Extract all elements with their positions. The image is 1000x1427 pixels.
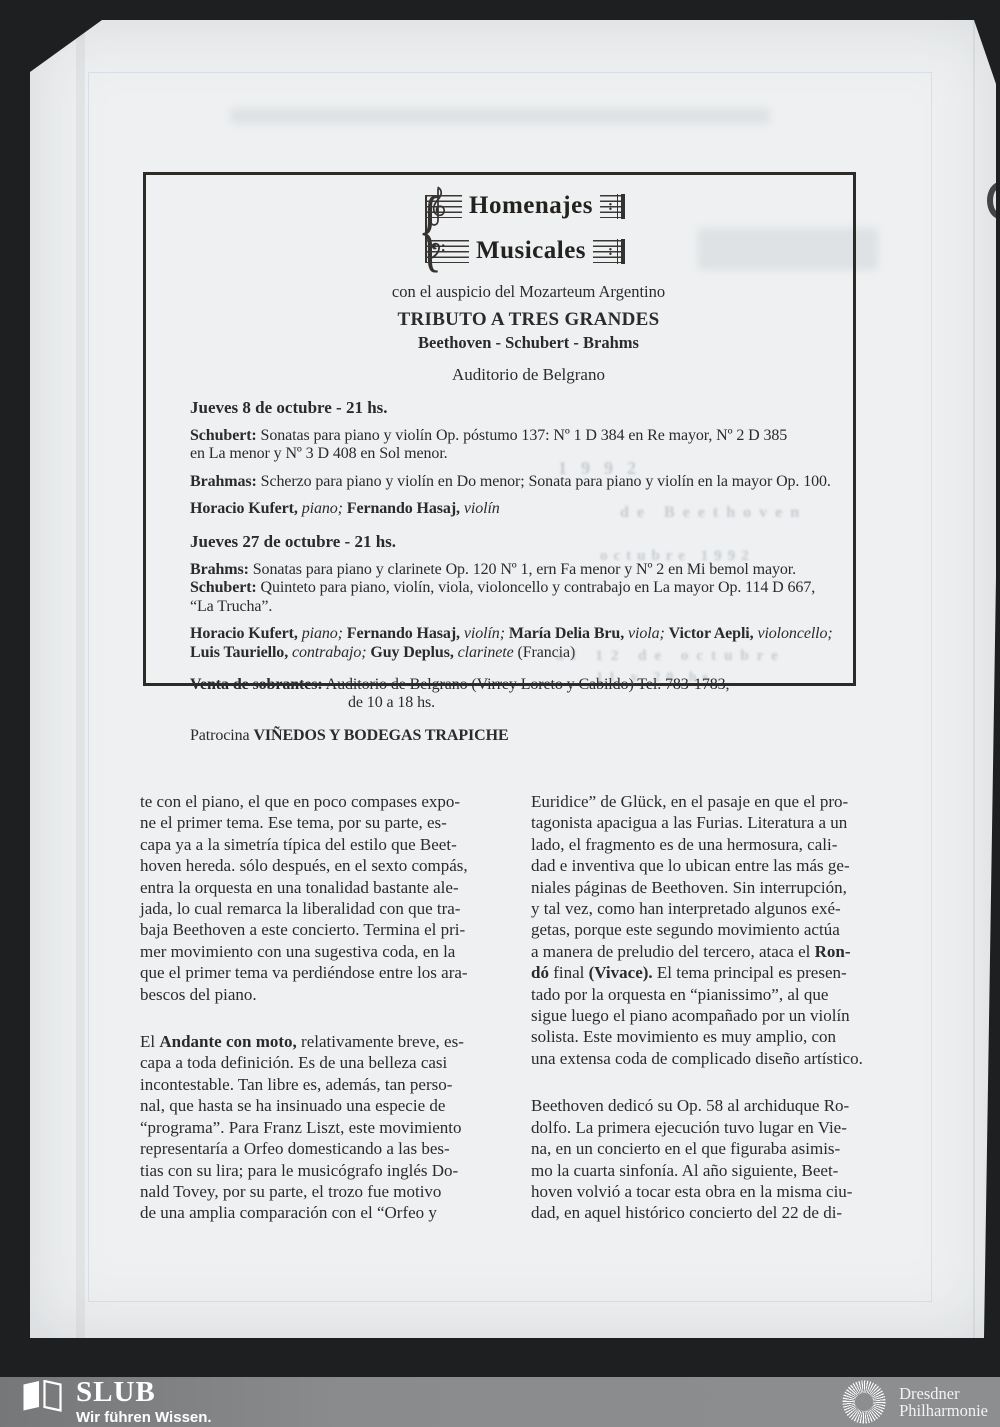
sponsor-line: con el auspicio del Mozarteum Argentino: [218, 282, 839, 302]
program-header: con el auspicio del Mozarteum Argentino …: [190, 282, 839, 385]
treble-clef-icon: [429, 186, 447, 228]
repeat-dots: :: [608, 198, 613, 215]
slub-logo: SLUB Wir führen Wissen.: [22, 1378, 212, 1426]
staff-system: Homenajes : Musicales :: [425, 195, 625, 263]
philharmonie-name-line2: Philharmonie: [899, 1402, 988, 1419]
sunburst-icon: [841, 1379, 887, 1425]
event-date-heading: Jueves 8 de octubre - 21 hs.: [190, 399, 839, 418]
program-subtitle: Beethoven - Schubert - Brahms: [218, 333, 839, 353]
event-october-8: Jueves 8 de octubre - 21 hs. Schubert: S…: [190, 399, 839, 519]
thin-barline: [617, 194, 619, 219]
ticket-sales-info: Venta de sobrantes: Auditorio de Belgran…: [190, 676, 839, 713]
repeat-dots: :: [608, 243, 613, 260]
treble-staff: Homenajes :: [425, 195, 625, 218]
left-text-column: te con el piano, el que en poco compases…: [140, 791, 506, 1224]
paper-fold-line: [973, 20, 975, 1338]
logo-word-top: Homenajes: [462, 193, 600, 219]
philharmonie-name-line1: Dresdner: [899, 1385, 988, 1402]
bleed-through-smudge: [230, 108, 770, 124]
homenajes-musicales-logo: { Homenajes :: [425, 195, 630, 264]
program-title: TRIBUTO A TRES GRANDES: [218, 309, 839, 331]
venue-line: Auditorio de Belgrano: [218, 365, 839, 385]
bass-staff: Musicales :: [425, 240, 625, 263]
document-page: { Homenajes :: [30, 20, 996, 1338]
thin-barline: [617, 239, 619, 264]
library-footer-bar: SLUB Wir führen Wissen. Dresdner Philhar…: [0, 1377, 1000, 1427]
thick-barline: [621, 239, 625, 264]
open-book-icon: [22, 1380, 62, 1413]
scanned-page-viewport: { "colors":{ "background":"#1d1f21", "pa…: [0, 0, 1000, 1427]
right-text-column: Euridice” de Glück, en el pasaje en que …: [531, 791, 897, 1224]
patron-line: Patrocina VIÑEDOS Y BODEGAS TRAPICHE: [190, 727, 839, 746]
slub-wordmark: SLUB Wir führen Wissen.: [76, 1380, 212, 1426]
paper-edge-shadow: [76, 20, 85, 1338]
dresdner-philharmonie-logo: Dresdner Philharmonie: [841, 1379, 988, 1425]
paper-corner-shadow: [30, 20, 102, 72]
paper-corner-shadow: [984, 578, 996, 1338]
slub-name: SLUB: [76, 1380, 212, 1405]
philharmonie-wordmark: Dresdner Philharmonie: [899, 1385, 988, 1419]
slub-tagline: Wir führen Wissen.: [76, 1409, 212, 1426]
bass-clef-icon: [429, 241, 446, 262]
paper-corner-shadow: [974, 20, 996, 84]
program-box: { Homenajes :: [143, 172, 856, 686]
thick-barline: [621, 194, 625, 219]
ink-ring-mark: [987, 182, 996, 219]
logo-word-bottom: Musicales: [469, 238, 593, 264]
